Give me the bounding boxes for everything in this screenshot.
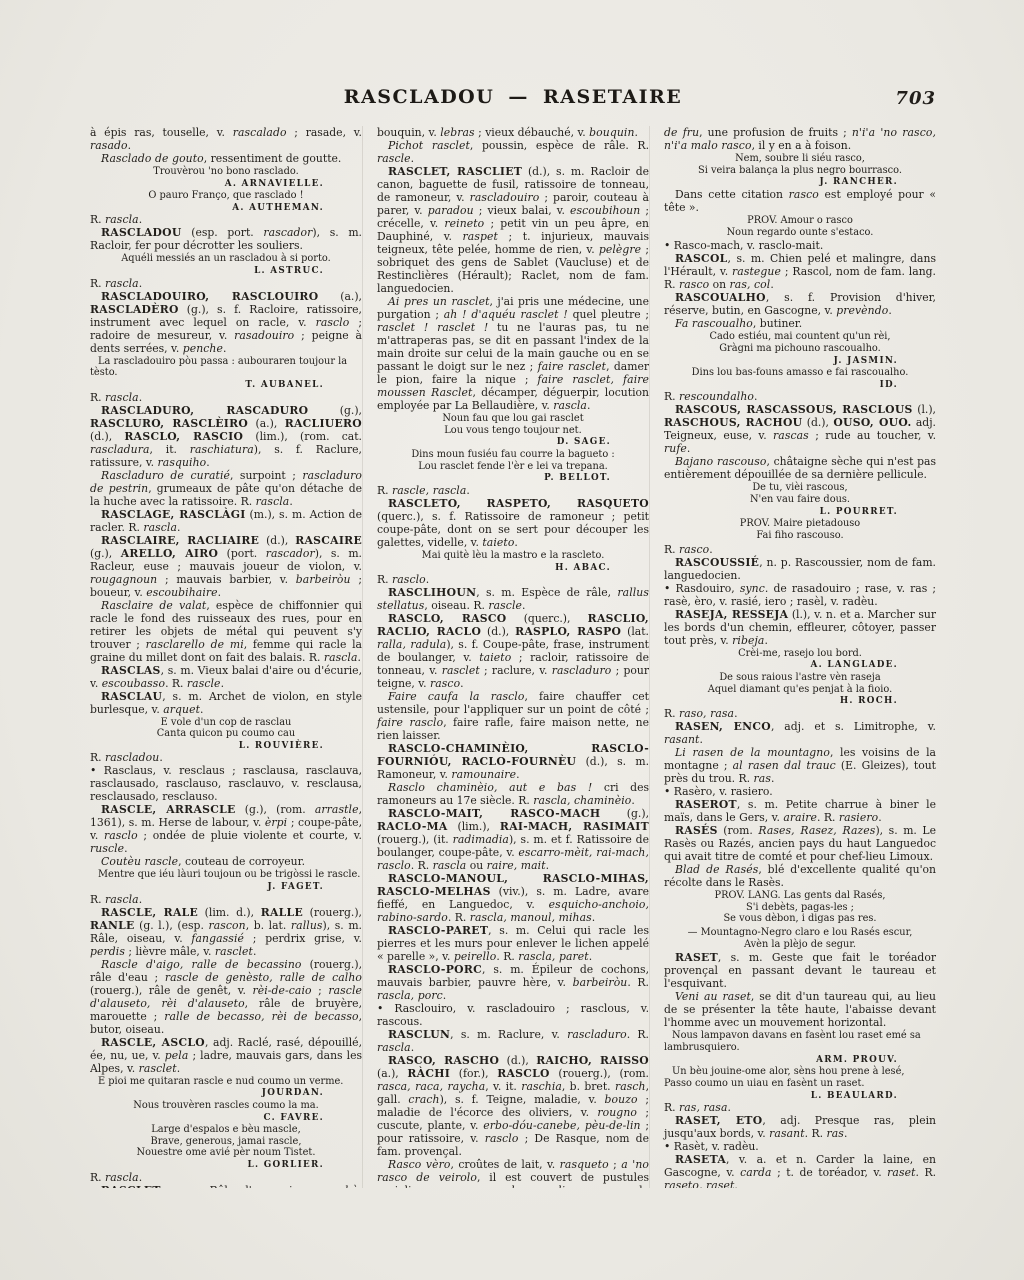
page-body: à épis ras, touselle, v. rascalado ; ras…: [90, 126, 936, 1188]
continuation-paragraph: de fru, une profusion de fruits ; n'i'a …: [664, 126, 936, 152]
citation-author: ARM. PROUV.: [664, 1055, 936, 1066]
citation-author: L. ASTRUC.: [90, 266, 362, 277]
cross-reference-note: • Rasèro, v. rasiero.: [664, 785, 936, 798]
example-paragraph: Rascle d'aigo, ralle de becassino (rouer…: [90, 958, 362, 1036]
citation-author: JOURDAN.: [90, 1088, 362, 1099]
dictionary-entry: RASCLAU, s. m. Archet de violon, en styl…: [90, 690, 362, 716]
dictionary-entry: RASCLETO, RASPETO, RASQUETO (querc.), s.…: [377, 497, 649, 549]
citation-author: J. FAGET.: [90, 882, 362, 893]
dictionary-entry: RASCLO-PORC, s. m. Épileur de cochons, m…: [377, 963, 649, 1002]
dictionary-entry: RASCLADOU (esp. port. rascador), s. m. R…: [90, 226, 362, 252]
dictionary-entry: RASCO, RASCHO (d.), RAICHO, RAISSO (a.),…: [377, 1054, 649, 1158]
etymology-reference: R. rascla.: [90, 893, 362, 906]
verse-quote: Nous trouvèren rascles coumo la ma.: [90, 1099, 362, 1113]
verse-quote: E vole d'un cop de rasclauCanta quicon p…: [90, 716, 362, 741]
etymology-reference: R. rascla.: [90, 277, 362, 290]
prose-quote: Un bèu jouine-ome alor, sèns hou prene à…: [664, 1065, 936, 1090]
etymology-reference: R. rascle, rascla.: [377, 484, 649, 497]
example-paragraph: Ai pres un rasclet, j'ai pris une médeci…: [377, 295, 649, 412]
dictionary-entry: RASCLAS, s. m. Vieux balai d'aire ou d'é…: [90, 664, 362, 690]
dictionary-entry: RASEN, ENCO, adj. et s. Limitrophe, v. r…: [664, 720, 936, 746]
dictionary-entry: RASEROT, s. m. Petite charrue à biner le…: [664, 798, 936, 824]
citation-author: A. AUTHEMAN.: [90, 203, 362, 214]
page-number: 703: [895, 88, 936, 109]
proverb: PROV. LANG. Las gents dal Rasés,S'i debè…: [664, 889, 936, 926]
citation-author: D. SAGE.: [377, 437, 649, 448]
citation-author: A. ARNAVIELLE.: [90, 179, 362, 190]
example-paragraph: Dans cette citation rasco est employé po…: [664, 188, 936, 214]
citation-author: ID.: [664, 380, 936, 391]
dictionary-entry: RASCLUN, s. m. Raclure, v. rascladuro. R…: [377, 1028, 649, 1054]
verse-quote: De tu, vièi rascous,N'en vau faire dous.: [664, 481, 936, 506]
example-paragraph: Coutèu rascle, couteau de corroyeur.: [90, 855, 362, 868]
column-1: à épis ras, touselle, v. rascalado ; ras…: [90, 126, 362, 1188]
etymology-reference: R. rescoundalho.: [664, 390, 936, 403]
dictionary-entry: RASCLAGE, RASCLÀGI (m.), s. m. Action de…: [90, 508, 362, 534]
dictionary-entry: RASCLE, ASCLO, adj. Raclé, rasé, dépouil…: [90, 1036, 362, 1075]
verse-quote: Trouvèrou 'no bono rasclado.: [90, 165, 362, 179]
etymology-reference: R. rascla.: [90, 213, 362, 226]
example-paragraph: Faire caufa la rasclo, faire chauffer ce…: [377, 690, 649, 742]
verse-quote: Dins lou bas-founs amasso e fai rascoual…: [664, 366, 936, 380]
citation-author: L. BEAULARD.: [664, 1091, 936, 1102]
page-header: RASCLADOU — RASETAIRE 703: [90, 86, 936, 116]
prose-quote: E pioi me quitaran rascle e nud coumo un…: [90, 1075, 362, 1089]
dictionary-entry: RASET, ETO, adj. Presque ras, plein jusq…: [664, 1114, 936, 1140]
example-paragraph: Rasclo chaminèio, aut e bas ! cri des ra…: [377, 781, 649, 807]
citation-author: T. AUBANEL.: [90, 380, 362, 391]
dictionary-entry: RASEJA, RESSEJA (l.), v. n. et a. Marche…: [664, 608, 936, 647]
dictionary-entry: RASCLIHOUN, s. m. Espèce de râle, rallus…: [377, 586, 649, 612]
dictionary-entry: RASCLO-MAIT, RASCO-MACH (g.), RACLO-MA (…: [377, 807, 649, 872]
etymology-reference: R. rascladou.: [90, 751, 362, 764]
cross-reference-note: • Rasclaus, v. resclaus ; rasclausa, ras…: [90, 764, 362, 803]
continuation-paragraph: bouquin, v. lebras ; vieux débauché, v. …: [377, 126, 649, 139]
running-title: RASCLADOU — RASETAIRE: [90, 86, 936, 108]
proverb: PROV. Maire pietadousoFai fiho rascouso.: [664, 517, 936, 542]
verse-quote: Aquéli messiés an un rascladou à si port…: [90, 252, 362, 266]
citation-author: J. JASMIN.: [664, 356, 936, 367]
verse-quote: Crèi-me, rasejo lou bord.: [664, 647, 936, 661]
example-paragraph: Li rasen de la mountagno, les voisins de…: [664, 746, 936, 785]
column-2: bouquin, v. lebras ; vieux débauché, v. …: [362, 126, 649, 1188]
cross-reference-note: • Rasèt, v. radèu.: [664, 1140, 936, 1153]
dictionary-entry: RASCLO-PARET, s. m. Celui qui racle les …: [377, 924, 649, 963]
proverb: PROV. Amour o rascoNoun regardo ounte s'…: [664, 214, 936, 239]
dictionary-entry: RASCLADOUIRO, RASCLOUIRO (a.), RASCLADÈR…: [90, 290, 362, 355]
dictionary-entry: RASCOUALHO, s. f. Provision d'hiver, rés…: [664, 291, 936, 317]
etymology-reference: R. rascla.: [90, 1171, 362, 1184]
prose-quote: La rascladouiro pòu passa : aubouraren t…: [90, 355, 362, 380]
continuation-paragraph: à épis ras, touselle, v. rascalado ; ras…: [90, 126, 362, 152]
verse-quote: Mai quitè lèu la mastro e la rascleto.: [377, 549, 649, 563]
etymology-reference: R. rasco.: [664, 543, 936, 556]
cross-reference-note: • Rasdouiro, sync. de rasadouiro ; rase,…: [664, 582, 936, 608]
citation-author: H. ABAC.: [377, 563, 649, 574]
example-paragraph: Bajano rascouso, châtaigne sèche qui n'e…: [664, 455, 936, 481]
example-paragraph: Rascladuro de curatié, surpoint ; rascla…: [90, 469, 362, 508]
example-paragraph: Rasclado de gouto, ressentiment de goutt…: [90, 152, 362, 165]
citation-author: H. ROCH.: [664, 696, 936, 707]
dictionary-entry: RASCLE, RALE (lim. d.), RALLE (rouerg.),…: [90, 906, 362, 958]
dictionary-entry: RASETA, v. a. et n. Carder la laine, en …: [664, 1153, 936, 1188]
dictionary-entry: RASCLO-MANOUL, RASCLO-MIHAS, RASCLO-MELH…: [377, 872, 649, 924]
etymology-reference: R. rascla.: [90, 391, 362, 404]
dictionary-entry: RASET, s. m. Geste que fait le toréador …: [664, 951, 936, 990]
verse-quote: Dins moun fusiéu fau courre la bagueto :…: [377, 448, 649, 473]
dictionary-entry: RASCOUSSIÉ, n. p. Rascoussier, nom de fa…: [664, 556, 936, 582]
prose-quote: Mentre que iéu làuri toujoun ou be trigò…: [90, 868, 362, 882]
example-paragraph: Veni au raset, se dit d'un taureau qui, …: [664, 990, 936, 1029]
verse-quote: Large d'espalos e bèu mascle,Brave, gene…: [90, 1123, 362, 1160]
cross-reference-note: • Rasclouiro, v. rascladouiro ; rasclous…: [377, 1002, 649, 1028]
etymology-reference: R. ras, rasa.: [664, 1101, 936, 1114]
citation-author: P. BELLOT.: [377, 473, 649, 484]
verse-quote: De sous raious l'astre vèn rasejaAquel d…: [664, 671, 936, 696]
scanned-dictionary-page: RASCLADOU — RASETAIRE 703 à épis ras, to…: [0, 0, 1024, 1280]
verse-quote: Nem, soubre li siéu rasco,Si veira balan…: [664, 152, 936, 177]
citation-author: L. GORLIER.: [90, 1160, 362, 1171]
example-paragraph: Pichot rasclet, poussin, espèce de râle.…: [377, 139, 649, 165]
dictionary-entry: RASCLE, ARRASCLE (g.), (rom. arrastle, 1…: [90, 803, 362, 855]
verse-quote: Noun fau que lou gai rascletLou vous ten…: [377, 412, 649, 437]
dictionary-entry: RASCLET, s. m. Râle d'eau, oiseau, v. bè…: [90, 1184, 362, 1188]
example-paragraph: Blad de Rasés, blé d'excellente qualité …: [664, 863, 936, 889]
cross-reference-note: • Rasco-mach, v. rasclo-mait.: [664, 239, 936, 252]
dictionary-entry: RASCOUS, RASCASSOUS, RASCLOUS (l.), RASC…: [664, 403, 936, 455]
citation-author: L. POURRET.: [664, 507, 936, 518]
citation-author: A. LANGLADE.: [664, 660, 936, 671]
dictionary-entry: RASCLET, RASCLIET (d.), s. m. Racloir de…: [377, 165, 649, 295]
citation-author: J. RANCHER.: [664, 177, 936, 188]
column-3: de fru, une profusion de fruits ; n'i'a …: [649, 126, 936, 1188]
dictionary-entry: RASCLO, RASCO (querc.), RASCLIO, RACLIO,…: [377, 612, 649, 690]
etymology-reference: R. raso, rasa.: [664, 707, 936, 720]
example-paragraph: Fa rascoualho, butiner.: [664, 317, 936, 330]
dictionary-entry: RASCLAIRE, RACLIAIRE (d.), RASCAIRE (g.)…: [90, 534, 362, 599]
dictionary-entry: RASCLADURO, RASCADURO (g.), RASCLURO, RA…: [90, 404, 362, 469]
citation-author: C. FAVRE.: [90, 1113, 362, 1124]
verse-quote: O pauro Franço, que rasclado !: [90, 189, 362, 203]
proverb: — Mountagno-Negro claro e lou Rasés escu…: [664, 926, 936, 951]
dictionary-entry: RASÉS (rom. Rases, Rasez, Razes), s. m. …: [664, 824, 936, 863]
etymology-reference: R. rasclo.: [377, 573, 649, 586]
example-paragraph: Rasco vèro, croûtes de lait, v. rasqueto…: [377, 1158, 649, 1188]
example-paragraph: Rasclaire de valat, espèce de chiffonnie…: [90, 599, 362, 664]
dictionary-entry: RASCOL, s. m. Chien pelé et malingre, da…: [664, 252, 936, 291]
verse-quote: Cado estiéu, mai countent qu'un rèi,Gràg…: [664, 330, 936, 355]
citation-author: L. ROUVIÈRE.: [90, 741, 362, 752]
dictionary-entry: RASCLO-CHAMINÈIO, RASCLO-FOURNIÓU, RACLO…: [377, 742, 649, 781]
prose-quote: Nous lampavon davans en fasènt lou raset…: [664, 1029, 936, 1054]
